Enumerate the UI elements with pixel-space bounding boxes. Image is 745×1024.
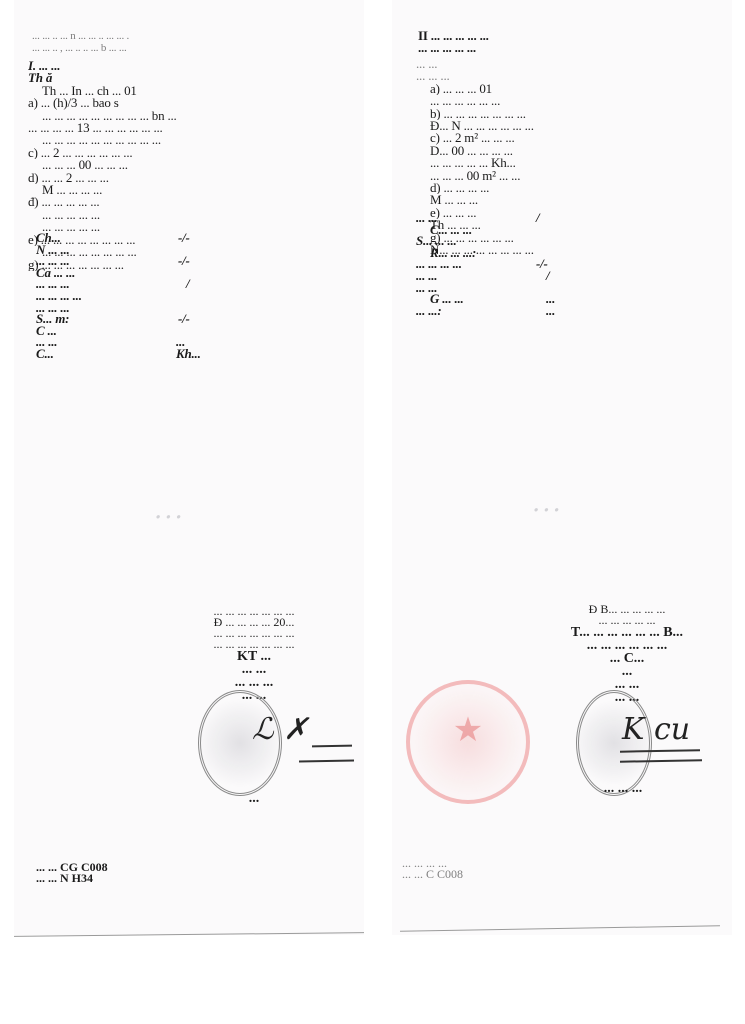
field-label: N ... ... <box>36 244 70 256</box>
watermark: ... <box>154 495 185 525</box>
field-label: ... ... ... <box>36 278 70 290</box>
body-line: ... ... ... ... ... <box>28 209 358 221</box>
header-line: ... ... .. , ... .. .. ... b ... ... <box>32 42 332 54</box>
body-line: ... ... ... 00 ... ... ... <box>28 159 358 171</box>
field-value: / <box>186 278 189 290</box>
field-label: ... ... <box>416 270 437 282</box>
left-footer-codes: ... ... CG C008 ... ... N H34 <box>36 862 108 884</box>
field-value: -/- <box>178 255 190 267</box>
left-header: ... ... .. ... n ... ... .. ... ... . ..… <box>32 30 332 55</box>
body-line: Th ... In ... ch ... 01 <box>28 85 358 97</box>
signature-mark: K cu <box>622 712 690 747</box>
body-line: ... ... ... 00 m² ... ... <box>416 170 726 182</box>
field-label: Ch... <box>36 232 61 244</box>
field-value: / <box>536 212 539 224</box>
right-page: II ... ... ... ... ... ... ... ... ... .… <box>392 0 732 935</box>
field-label: ... ... <box>416 212 437 224</box>
field-label: ... ... <box>36 336 57 348</box>
field-label: ... ... <box>416 282 437 294</box>
body-line: a) ... (h)/3 ... bao s <box>28 97 358 109</box>
body-line: ... ... <box>416 58 726 70</box>
left-fields: Ch...-/- N ... ... ... ... ...-/- Ca ...… <box>36 232 236 360</box>
right-footer-codes: ... ... ... ... ... ... C C008 <box>402 858 463 880</box>
body-line: D... 00 ... ... ... ... <box>416 145 726 157</box>
footer-code: ... ... C C008 <box>402 869 463 880</box>
field-label: C... ... ... <box>430 224 472 236</box>
body-line: b) ... ... ... ... ... ... ... <box>416 108 726 120</box>
body-line: đ) ... ... ... ... ... <box>28 196 358 208</box>
body-line: d) ... ... 2 ... ... ... <box>28 172 358 184</box>
section-title: I. ... ... <box>28 60 358 72</box>
field-label: S... ... ... <box>416 235 457 247</box>
field-value: -/- <box>178 313 190 325</box>
header-line: ... ... .. ... n ... ... .. ... ... . <box>32 30 332 42</box>
footer-code: ... ... N H34 <box>36 873 108 884</box>
field-label: C... <box>36 348 54 360</box>
body-line: d) ... ... ... ... <box>416 182 726 194</box>
field-label: R... ... ...: <box>430 247 476 259</box>
body-line: M ... ... ... ... <box>28 184 358 196</box>
signature-stroke <box>312 745 352 748</box>
signature-stroke <box>620 759 702 762</box>
body-line: ... ... ... ... 13 ... ... ... ... ... .… <box>28 122 358 134</box>
right-signer-name: ... ... ... <box>578 782 668 795</box>
body-line: c) ... 2 m² ... ... ... <box>416 132 726 144</box>
field-value: / <box>546 270 549 282</box>
body-line: a) ... ... ... 01 <box>416 83 726 95</box>
watermark: ... <box>532 488 563 518</box>
signature-mark: ℒ ✗ <box>252 712 308 747</box>
field-label: C ... <box>36 325 57 337</box>
signer-name: ... <box>214 792 294 805</box>
left-signature-block: ... ... ... ... ... ... ... Đ ... ... ..… <box>154 606 354 702</box>
red-official-seal-icon <box>406 680 530 804</box>
signer-name: ... ... ... <box>578 782 668 795</box>
field-label: ... ... ... ... <box>36 290 82 302</box>
right-fields: ... .../ C... ... ... S... ... ... R... … <box>416 212 616 316</box>
body-line: Đ... N ... ... ... ... ... ... <box>416 120 726 132</box>
field-label: Ca ... ... <box>36 267 75 279</box>
header-line: II ... ... ... ... ... <box>418 30 718 42</box>
field-label: ... ... ... ... <box>416 258 462 270</box>
body-line: ... ... ... ... ... Kh... <box>416 157 726 169</box>
field-label: ... ...: <box>416 305 441 317</box>
field-label: S... m: <box>36 313 69 325</box>
left-signer-name: ... <box>214 792 294 805</box>
body-line: ... ... ... <box>416 70 726 82</box>
left-page: ... ... .. ... n ... ... .. ... ... . ..… <box>14 0 364 935</box>
field-label: G ... ... <box>430 293 464 305</box>
signature-stroke <box>620 749 700 752</box>
field-value: Kh... <box>176 348 201 360</box>
body-line: M ... ... ... <box>416 194 726 206</box>
body-line: c) ... 2 ... ... ... ... ... ... <box>28 147 358 159</box>
header-line: ... ... ... ... ... <box>418 42 718 54</box>
right-signature-block: Đ B... ... ... ... ... ... ... ... ... .… <box>522 604 732 704</box>
field-value: ... <box>546 305 555 317</box>
body-line: ... ... ... ... ... ... <box>416 95 726 107</box>
field-label: ... ... ... <box>36 255 70 267</box>
signature-stroke <box>299 760 354 763</box>
body-line: ... ... ... ... ... ... ... ... ... bn .… <box>28 110 358 122</box>
body-line: ... ... ... ... ... ... ... ... ... ... <box>28 134 358 146</box>
field-label: ... ... ... <box>36 302 70 314</box>
section-subtitle: Th ă <box>28 72 358 84</box>
right-header: II ... ... ... ... ... ... ... ... ... .… <box>418 30 718 53</box>
field-value: -/- <box>178 232 190 244</box>
